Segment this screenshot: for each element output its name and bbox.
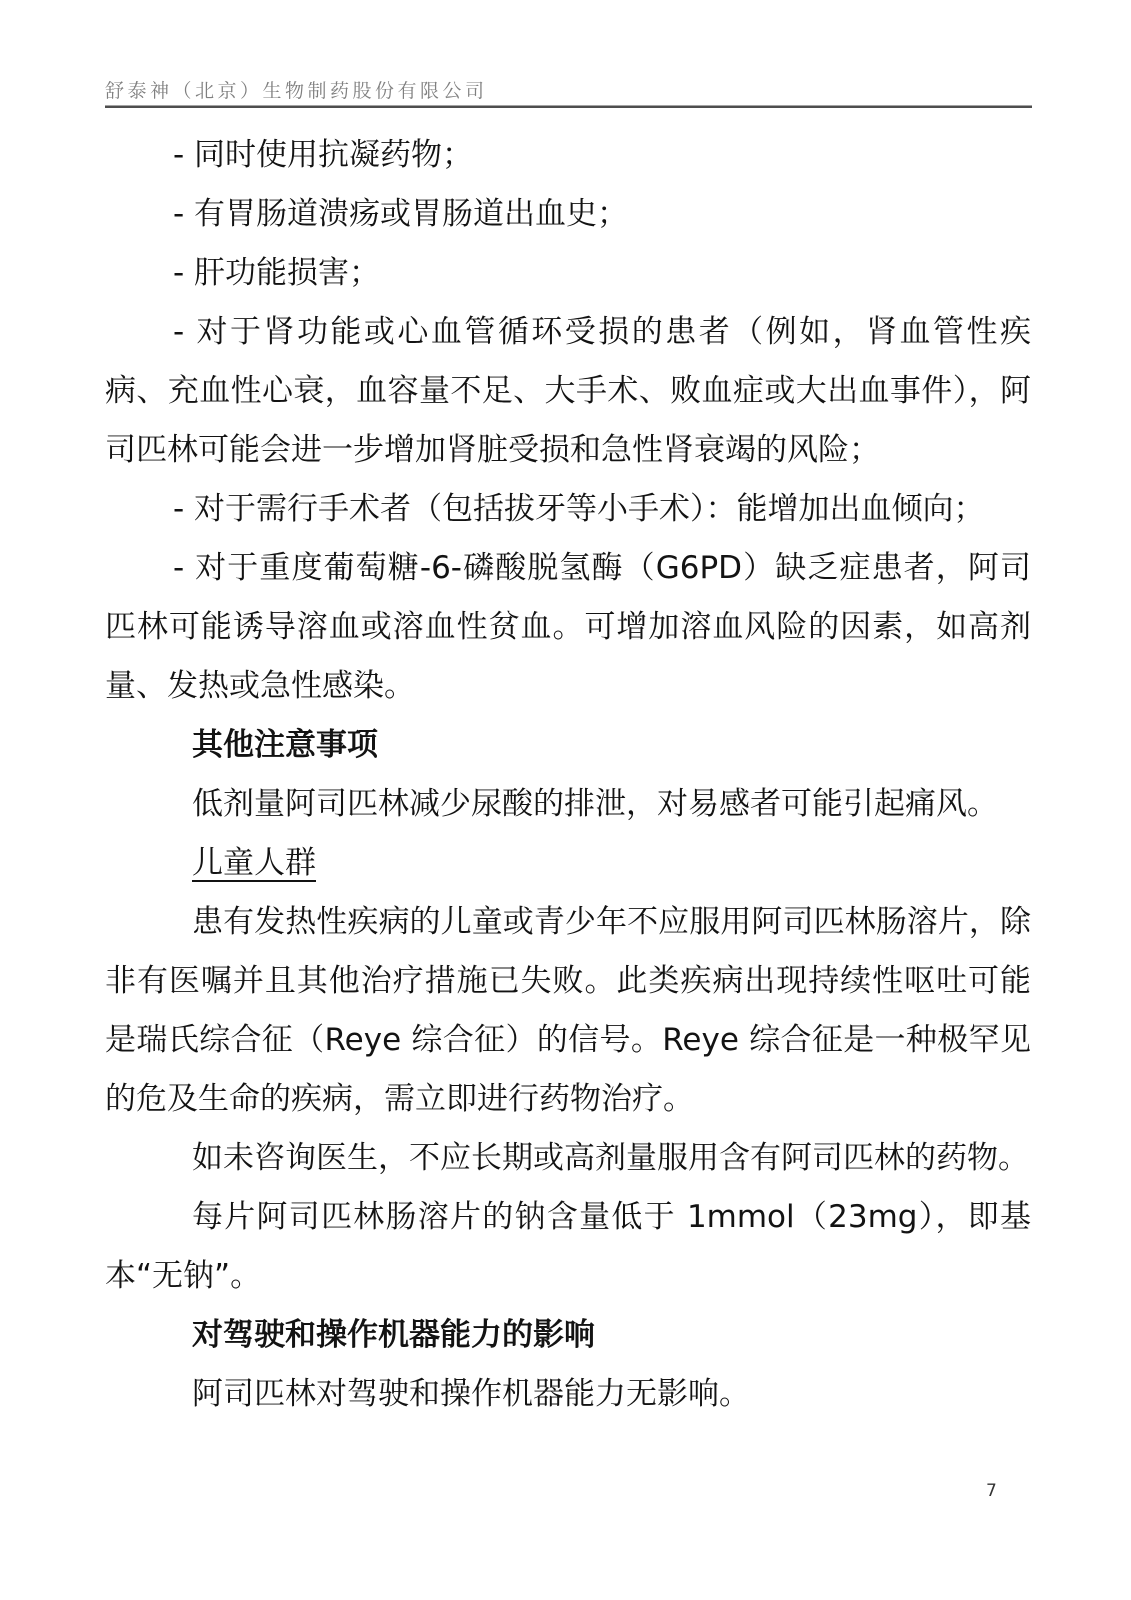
paragraph: 如未咨询医生，不应长期或高剂量服用含有阿司匹林的药物。 (105, 1129, 1031, 1188)
paragraph: 阿司匹林对驾驶和操作机器能力无影响。 (105, 1365, 1031, 1424)
bullet-item: - 对于重度葡萄糖-6-磷酸脱氢酶（G6PD）缺乏症患者，阿司匹林可能诱导溶血或… (105, 539, 1031, 716)
section-heading: 对驾驶和操作机器能力的影响 (105, 1306, 1031, 1365)
paragraph: 患有发热性疾病的儿童或青少年不应服用阿司匹林肠溶片，除非有医嘱并且其他治疗措施已… (105, 893, 1031, 1129)
bullet-item: - 同时使用抗凝药物； (105, 126, 1031, 185)
bullet-item: - 对于肾功能或心血管循环受损的患者（例如，肾血管性疾病、充血性心衰，血容量不足… (105, 303, 1031, 480)
company-name-header: 舒泰神（北京）生物制药股份有限公司 (105, 76, 488, 103)
section-heading: 其他注意事项 (105, 716, 1031, 775)
page-number: 7 (986, 1481, 997, 1501)
bullet-item: - 有胃肠道溃疡或胃肠道出血史； (105, 185, 1031, 244)
bullet-item: - 肝功能损害； (105, 244, 1031, 303)
document-body: - 同时使用抗凝药物； - 有胃肠道溃疡或胃肠道出血史； - 肝功能损害； - … (105, 126, 1031, 1424)
header-divider (105, 105, 1032, 108)
paragraph: 每片阿司匹林肠溶片的钠含量低于 1mmol（23mg），即基本“无钠”。 (105, 1188, 1031, 1306)
section-subheading: 儿童人群 (105, 834, 1031, 893)
paragraph: 低剂量阿司匹林减少尿酸的排泄，对易感者可能引起痛风。 (105, 775, 1031, 834)
document-page: 舒泰神（北京）生物制药股份有限公司 - 同时使用抗凝药物； - 有胃肠道溃疡或胃… (0, 0, 1131, 1600)
bullet-item: - 对于需行手术者（包括拔牙等小手术）：能增加出血倾向； (105, 480, 1031, 539)
